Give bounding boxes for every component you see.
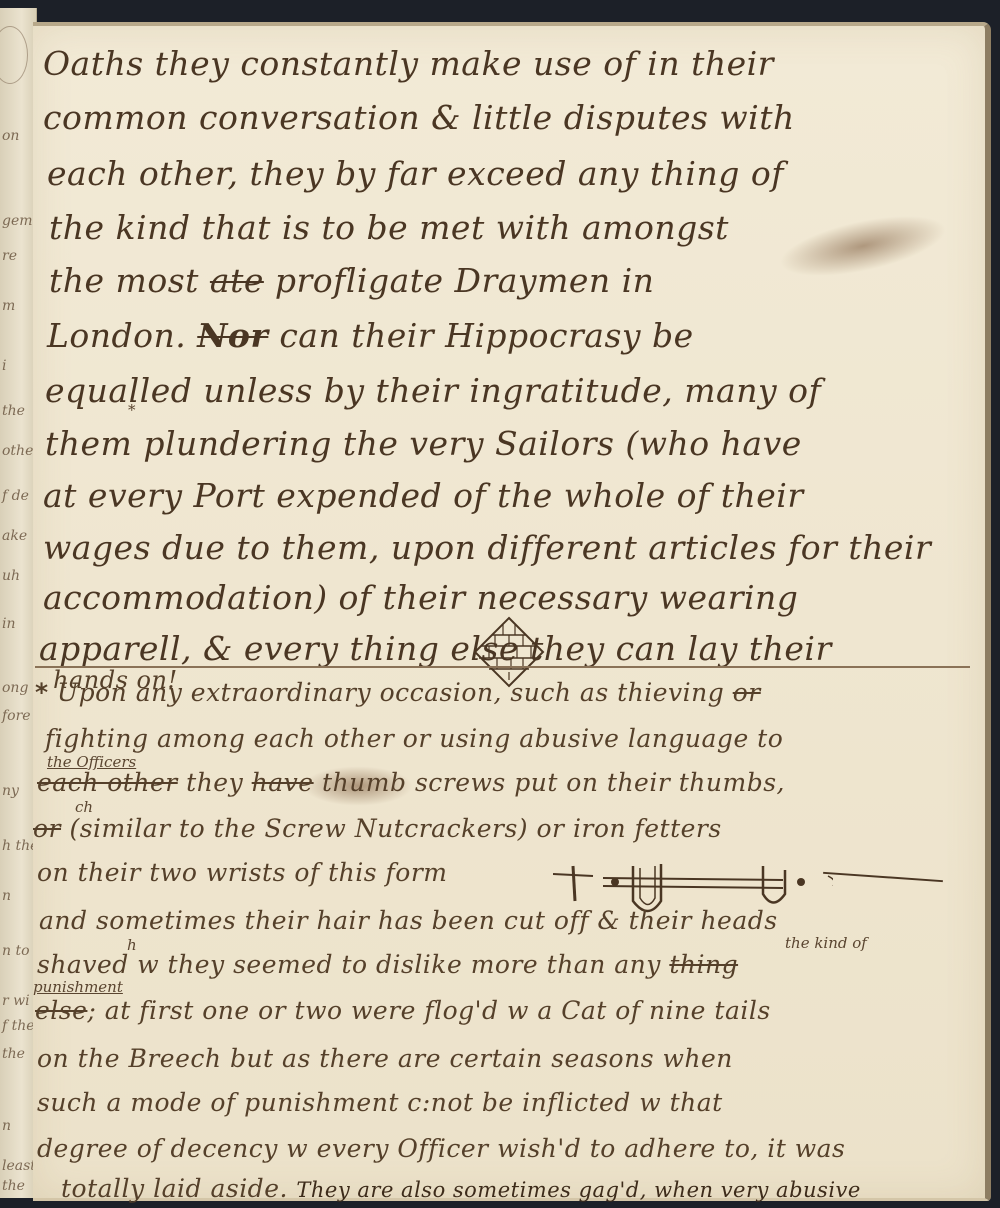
- left-fragment: re: [2, 248, 17, 264]
- struck-text: each other: [37, 768, 178, 797]
- footnote-divider: [35, 666, 970, 668]
- struck-text: ate: [210, 261, 264, 300]
- left-fragment: gem: [2, 213, 33, 229]
- footnote-line: each other they have thumb screws put on…: [37, 768, 785, 797]
- text-segment: the most: [49, 261, 210, 300]
- text-segment: thumb screws put on their thumbs,: [314, 768, 785, 797]
- asterisk-icon: *: [35, 678, 49, 707]
- text-line: the kind that is to be met with amongst: [49, 208, 729, 247]
- left-fragment: r wi: [2, 993, 30, 1009]
- text-segment: they seemed to dislike more than any: [159, 950, 669, 979]
- left-fragment: the: [2, 403, 25, 419]
- left-fragment: fore: [2, 708, 31, 724]
- struck-text: Nor: [197, 316, 268, 355]
- footnote-line: and sometimes their hair has been cut of…: [39, 906, 778, 935]
- insertion-text: the kind of: [785, 934, 867, 952]
- text-line: wages due to them, upon different articl…: [43, 528, 931, 567]
- footnote-line: or (similar to the Screw Nutcrackers) or…: [33, 814, 722, 843]
- struck-text: have: [252, 768, 314, 797]
- facing-page-edge: on gem re m i the othe f de ake uh in on…: [0, 8, 37, 1198]
- left-fragment: f the: [2, 1018, 35, 1034]
- text-line: them plundering the very Sailors (who ha…: [45, 424, 802, 463]
- left-fragment: uh: [2, 568, 20, 584]
- left-fragment: n: [2, 1118, 11, 1134]
- text-line: equalled unless by their ingratitude, ma…: [45, 371, 821, 410]
- text-line: common conversation & little disputes wi…: [43, 98, 795, 137]
- text-segment: totally laid aside.: [61, 1174, 296, 1203]
- left-fragment: i: [2, 358, 6, 374]
- left-fragment: n: [2, 888, 11, 904]
- footnote-line: on their two wrists of this form: [37, 858, 448, 887]
- left-fragment: h the: [2, 838, 37, 854]
- pen-stroke: [823, 872, 943, 882]
- footnote-line: degree of decency w every Officer wish'd…: [37, 1134, 845, 1163]
- footnote-line: shaved w they seemed to dislike more tha…: [37, 950, 738, 979]
- left-fragment: on: [2, 128, 19, 144]
- text-segment: shaved w: [37, 950, 159, 979]
- struck-text: or: [33, 814, 61, 843]
- footnote-line: * Upon any extraordinary occasion, such …: [35, 678, 761, 707]
- text-line: accommodation) of their necessary wearin…: [43, 578, 798, 617]
- text-line: the most ate profligate Draymen in: [49, 261, 654, 300]
- manuscript-page: Oaths they constantly make use of in the…: [33, 22, 991, 1201]
- left-fragment: othe: [2, 443, 33, 459]
- left-fragment: m: [2, 298, 15, 314]
- footnote-line: totally laid aside. They are also someti…: [61, 1174, 861, 1203]
- text-segment: (similar to the Screw Nutcrackers) or ir…: [61, 814, 722, 843]
- text-line: London. Nor can their Hippocrasy be: [47, 316, 694, 355]
- circle-doodle: [0, 26, 28, 84]
- text-segment: Upon any extraordinary occasion, such as…: [57, 678, 733, 707]
- text-segment: they: [178, 768, 252, 797]
- struck-text: thing: [669, 950, 738, 979]
- text-segment: They are also sometimes gag'd, when very…: [296, 1178, 860, 1202]
- left-fragment: ake: [2, 528, 27, 544]
- text-segment: London.: [47, 316, 197, 355]
- left-fragment: f de: [2, 488, 29, 504]
- footnote-line: such a mode of punishment c:not be infli…: [37, 1088, 723, 1117]
- footnote-line: on the Breech but as there are certain s…: [37, 1044, 733, 1073]
- left-fragment: the: [2, 1046, 25, 1062]
- footnote-line: else; at first one or two were flog'd w …: [35, 996, 771, 1025]
- insertion-mark: *: [128, 401, 136, 419]
- left-fragment: ong: [2, 680, 28, 696]
- left-fragment: the: [2, 1178, 25, 1194]
- left-fragment: in: [2, 616, 16, 632]
- manuscript-viewer: on gem re m i the othe f de ake uh in on…: [0, 0, 1000, 1208]
- text-segment: can their Hippocrasy be: [268, 316, 693, 355]
- struck-text: else: [35, 996, 87, 1025]
- ink-stain: [775, 204, 952, 288]
- struck-text: or: [733, 678, 761, 707]
- left-fragment: least: [2, 1158, 36, 1174]
- left-fragment: ny: [2, 783, 19, 799]
- left-fragment: n to: [2, 943, 30, 959]
- text-line: apparell, & every thing else they can la…: [39, 629, 832, 668]
- text-segment: profligate Draymen in: [264, 261, 655, 300]
- text-line: each other, they by far exceed any thing…: [47, 154, 784, 193]
- text-segment: ; at first one or two were flog'd w a Ca…: [87, 996, 770, 1025]
- insertion-text: punishment: [33, 978, 123, 996]
- text-line: Oaths they constantly make use of in the…: [43, 44, 774, 83]
- text-line: at every Port expended of the whole of t…: [43, 476, 804, 515]
- footnote-line: fighting among each other or using abusi…: [45, 724, 783, 753]
